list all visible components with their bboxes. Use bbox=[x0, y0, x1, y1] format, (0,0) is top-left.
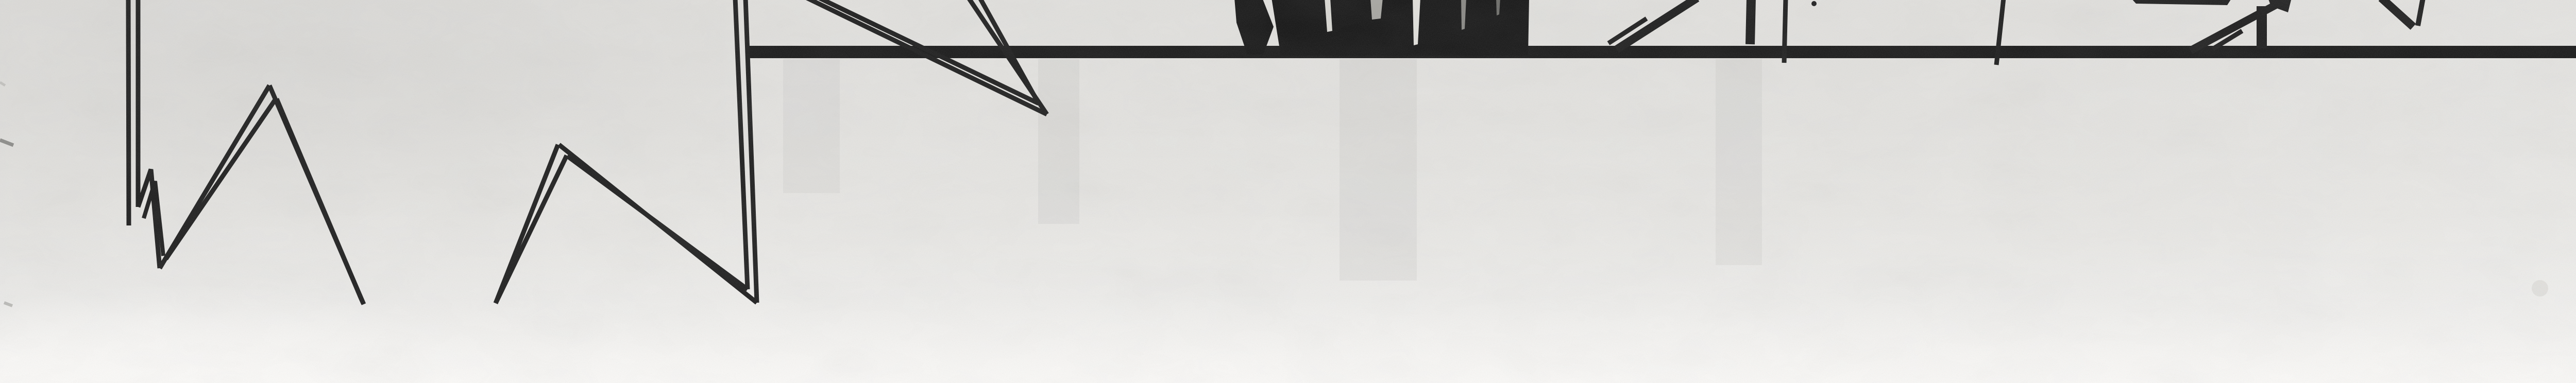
paper-grain-fine bbox=[0, 0, 2576, 383]
ink-layer bbox=[0, 0, 2576, 383]
manga-page-scan bbox=[0, 0, 2576, 383]
